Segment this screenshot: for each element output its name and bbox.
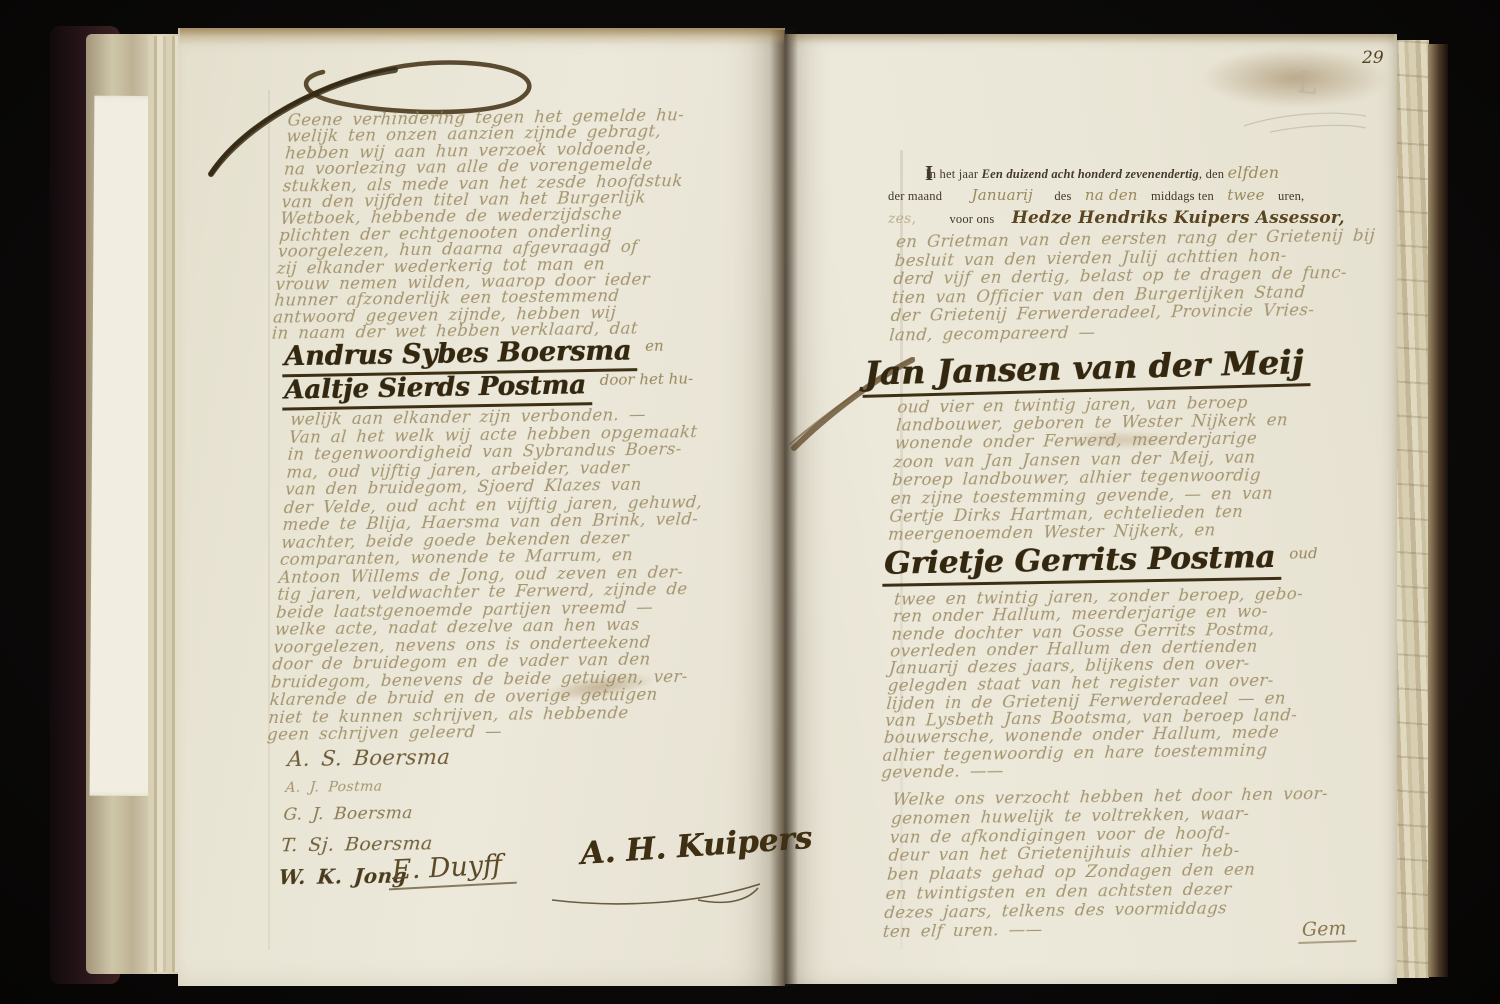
right-top-edge-stain xyxy=(788,34,1394,44)
printed-year-text: Een duizend acht honderd zevenendertig xyxy=(982,167,1199,181)
signature: T. Sj. Boersma xyxy=(280,832,444,856)
printed-label: middags ten xyxy=(1151,189,1214,203)
handwritten-fill-official: Hedze Hendriks Kuipers Assessor, xyxy=(1012,208,1345,228)
handwritten-fill-left: zes, xyxy=(888,211,916,227)
page-crease xyxy=(268,90,270,950)
signature-flourish xyxy=(548,878,768,906)
bride-details-text: twee en twintig jaren, zonder beroep, ge… xyxy=(881,585,1307,781)
name-suffix: en xyxy=(645,337,664,355)
printed-label: In het jaar xyxy=(925,167,978,181)
printed-form-line-2: der maand Januarij des na den middags te… xyxy=(888,186,1388,204)
handwritten-fill-daypart: na den xyxy=(1085,186,1138,204)
printed-label: der maand xyxy=(888,189,942,203)
signature: A. S. Boersma xyxy=(287,745,451,771)
signature: A. J. Postma xyxy=(285,778,449,796)
handwritten-fill-month: Januarij xyxy=(972,186,1033,204)
left-top-edge-stain xyxy=(180,28,784,45)
name-suffix: oud xyxy=(1289,544,1318,562)
handwritten-fill-hour: twee xyxy=(1227,186,1264,204)
closing-paragraph-text: Welke ons verzocht hebben het door hen v… xyxy=(882,785,1328,941)
signature: G. J. Boersma xyxy=(283,803,447,825)
name-suffix: door het hu- xyxy=(600,369,694,389)
right-outer-edge xyxy=(1428,44,1448,977)
page-number: 29 xyxy=(1362,48,1384,68)
bride-name-right-page: Grietje Gerrits Postmaoud xyxy=(882,538,1318,587)
left-act-body-text: welijk aan elkander zijn verbonden. —Van… xyxy=(267,405,710,743)
bride-name-underlined: Grietje Gerrits Postma xyxy=(882,539,1282,587)
closing-word: Gem xyxy=(1298,917,1357,944)
register-scan: Geene verhindering tegen het gemelde hu-… xyxy=(0,0,1500,1004)
right-edge-ink-bleed xyxy=(1397,40,1429,978)
pencil-flourish xyxy=(1240,96,1370,136)
witness-signature: E. Duyff xyxy=(387,849,517,891)
printed-form-line-1: IIn het jaar Een duizend acht honderd ze… xyxy=(925,163,1375,182)
printed-label: , den xyxy=(1199,167,1224,181)
groom-details-text: oud vier en twintig jaren, van beroeplan… xyxy=(887,393,1290,544)
left-act-opening-text: Geene verhindering tegen het gemelde hu-… xyxy=(271,107,688,342)
printed-label: voor ons xyxy=(949,212,994,226)
printed-label: uren, xyxy=(1278,189,1304,203)
printed-form-line-3: zes, voor ons Hedze Hendriks Kuipers Ass… xyxy=(888,208,1388,228)
right-act-intro-text: en Grietman van den eersten rang der Gri… xyxy=(889,227,1376,345)
bride-name-underlined: Aaltje Sierds Postma xyxy=(282,370,592,410)
handwritten-fill-day: elfden xyxy=(1228,163,1280,182)
printed-label: des xyxy=(1054,189,1071,203)
